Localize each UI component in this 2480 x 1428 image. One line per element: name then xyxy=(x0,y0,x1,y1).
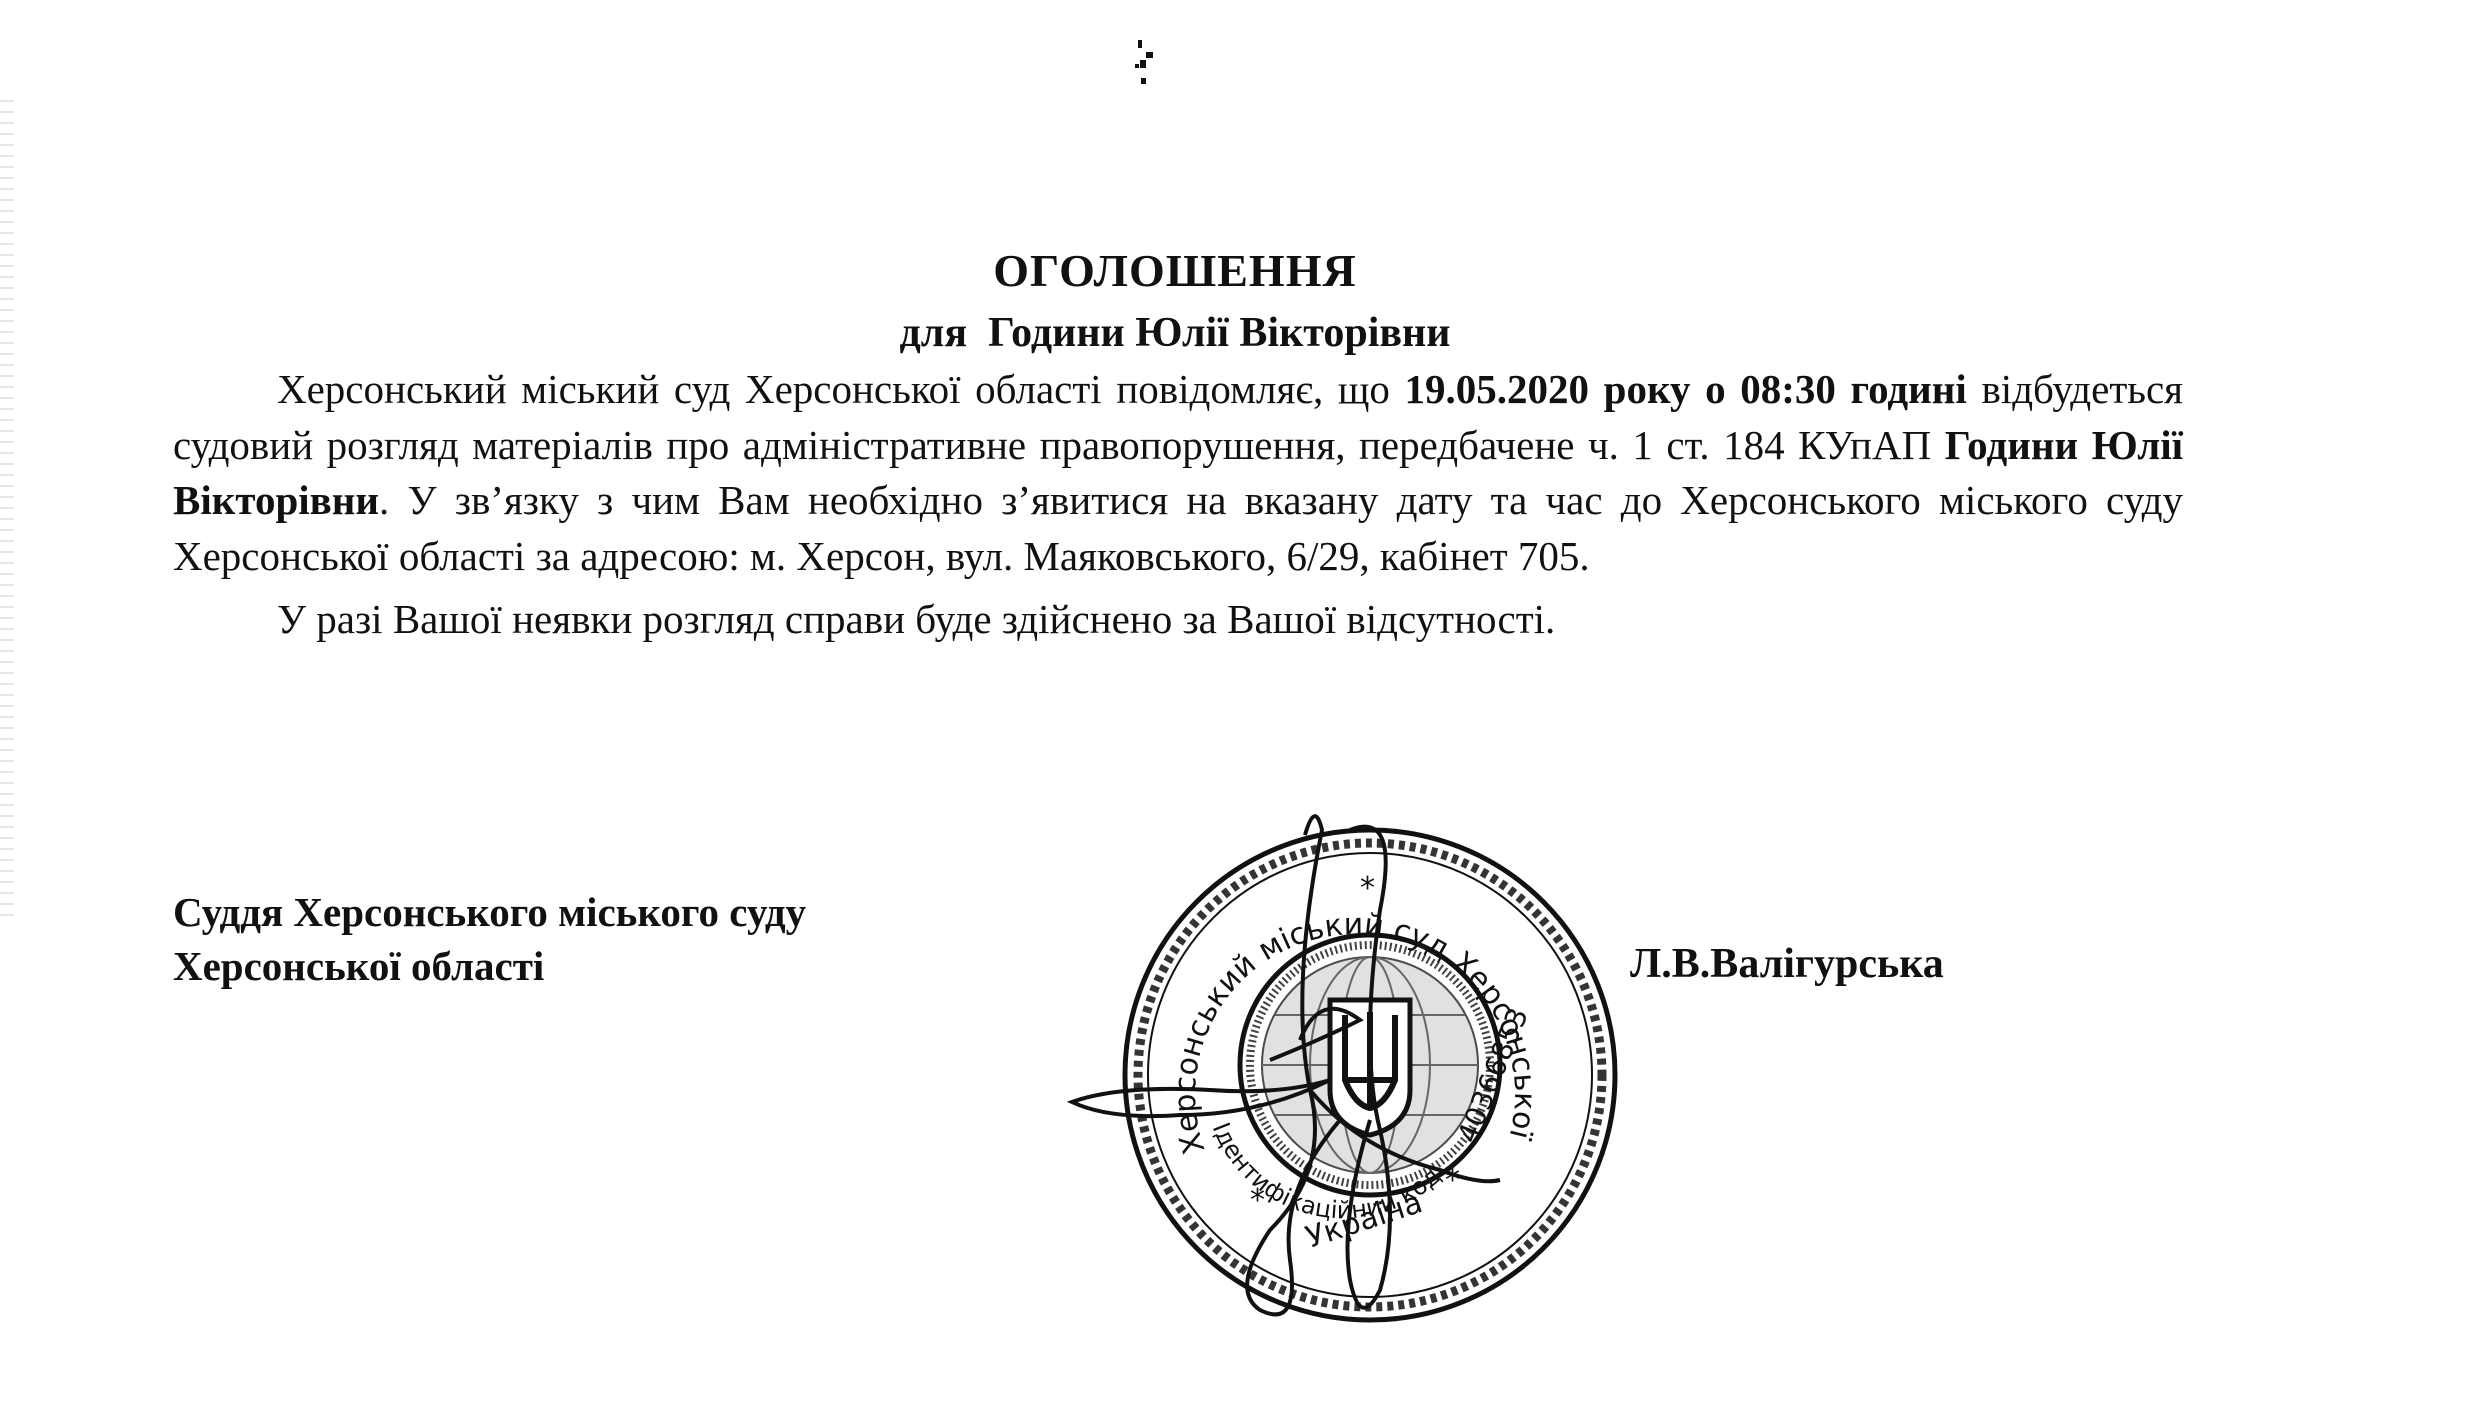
stamp-star-icon: * xyxy=(1250,1183,1265,1218)
scan-edge-noise xyxy=(0,100,14,920)
paragraph-text: Херсонський міський суд Херсонської обла… xyxy=(277,366,1405,412)
hearing-date-time: 19.05.2020 року о 08:30 годині xyxy=(1405,366,1967,412)
judge-position-line-1: Суддя Херсонського міського суду xyxy=(173,885,806,939)
stamp-star-icon: * xyxy=(1445,1163,1460,1198)
document-title: ОГОЛОШЕННЯ xyxy=(0,248,2350,294)
notice-body: Херсонський міський суд Херсонської обла… xyxy=(173,362,2183,648)
notice-paragraph-1: Херсонський міський суд Херсонської обла… xyxy=(173,362,2183,584)
stamp-star-icon: * xyxy=(1360,871,1375,906)
court-seal-stamp: Херсонський міський суд Херсонської обла… xyxy=(1060,790,1640,1350)
judge-position: Суддя Херсонського міського суду Херсонс… xyxy=(173,885,806,993)
scan-artifact-mark xyxy=(1130,38,1160,88)
document-subtitle: для Години Юлії Вікторівни xyxy=(0,312,2350,354)
judge-name: Л.В.Валігурська xyxy=(1630,943,1944,985)
document-page: ОГОЛОШЕННЯ для Години Юлії Вікторівни Хе… xyxy=(0,0,2480,1428)
paragraph-text: . У зв’язку з чим Вам необхідно з’явитис… xyxy=(173,477,2183,579)
notice-paragraph-2: У разі Вашої неявки розгляд справи буде … xyxy=(173,592,2183,648)
judge-position-line-2: Херсонської області xyxy=(173,939,806,993)
